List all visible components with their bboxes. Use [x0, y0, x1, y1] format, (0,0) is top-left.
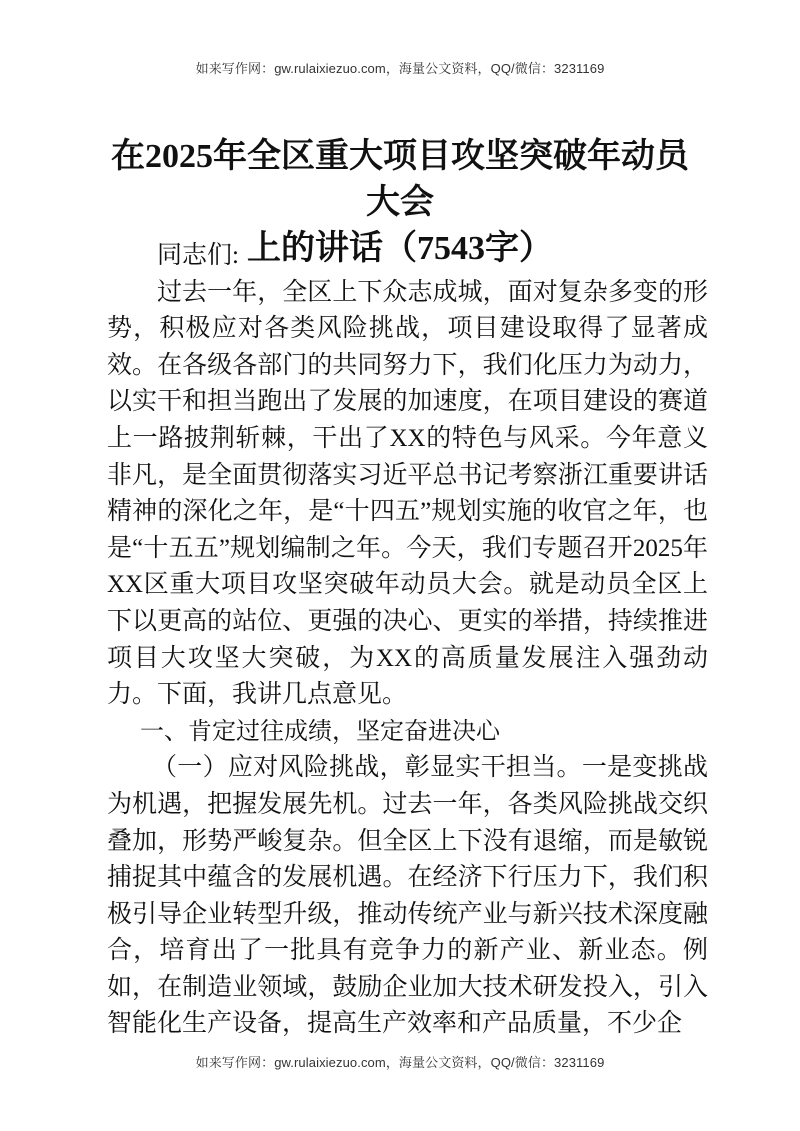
salutation: 同志们: [107, 238, 708, 275]
intro-paragraph: 过去一年，全区上下众志成城，面对复杂多变的形势，积极应对各类风险挑战，项目建设取… [107, 275, 708, 714]
page-footer: 如来写作网：gw.rulaixiezuo.com，海量公文资料，QQ/微信：32… [0, 1052, 800, 1071]
title-line-1: 在2025年全区重大项目攻坚突破年动员大会 [100, 134, 700, 226]
document-page: 如来写作网：gw.rulaixiezuo.com，海量公文资料，QQ/微信：32… [0, 0, 800, 1131]
subsection-paragraph: （一）应对风险挑战，彰显实干担当。一是变挑战为机遇，把握发展先机。过去一年，各类… [107, 750, 708, 1043]
document-body: 同志们: 过去一年，全区上下众志成城，面对复杂多变的形势，积极应对各类风险挑战，… [107, 238, 708, 1043]
section-heading: 一、肯定过往成绩，坚定奋进决心 [107, 714, 708, 751]
page-header: 如来写作网：gw.rulaixiezuo.com，海量公文资料，QQ/微信：32… [0, 58, 800, 77]
